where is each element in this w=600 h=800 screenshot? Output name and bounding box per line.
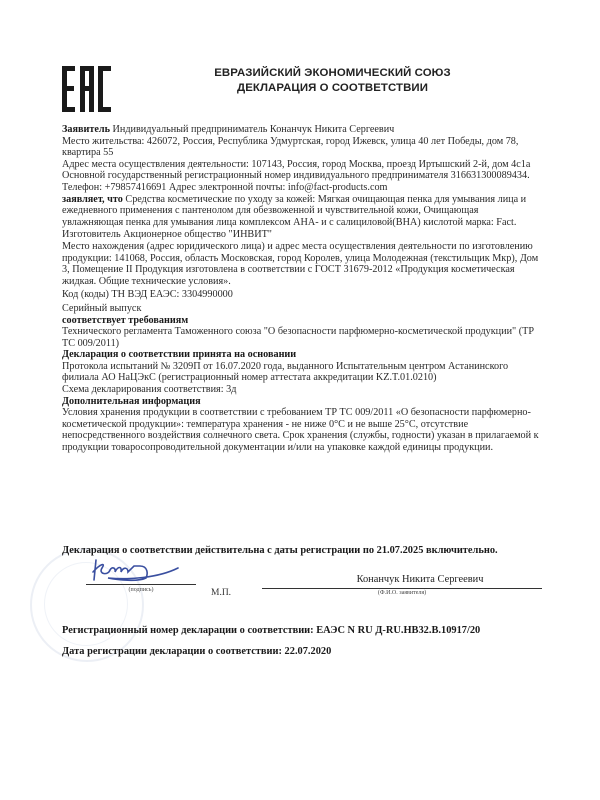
basis-label: Декларация о соответствии принята на осн… <box>62 349 542 361</box>
header-union: ЕВРАЗИЙСКИЙ ЭКОНОМИЧЕСКИЙ СОЮЗ <box>200 66 465 81</box>
eac-logo <box>62 66 112 112</box>
basis: Протокола испытаний № 3209П от 16.07.202… <box>62 361 542 384</box>
name-caption: (Ф.И.О. заявителя) <box>262 590 542 596</box>
applicant-label: Заявитель <box>62 124 110 135</box>
additional-label: Дополнительная информация <box>62 396 542 408</box>
manufacturer: Изготовитель Акционерное общество "ИНВИТ… <box>62 229 542 241</box>
validity-statement: Декларация о соответствии действительна … <box>62 545 542 556</box>
eac-letter-c-icon <box>98 66 112 112</box>
name-line <box>262 588 542 589</box>
signature-line <box>86 584 196 585</box>
signature-caption: (подпись) <box>86 587 196 593</box>
eac-letter-e-icon <box>62 66 76 112</box>
regulation: Технического регламента Таможенного союз… <box>62 326 542 349</box>
applicant-name: Конанчук Никита Сергеевич <box>300 574 540 585</box>
ogrnip: Основной государственный регистрационный… <box>62 170 542 182</box>
registration-number: Регистрационный номер декларации о соотв… <box>62 620 542 641</box>
declares-label: заявляет, что <box>62 194 123 205</box>
stamp-place-label: М.П. <box>211 588 231 598</box>
eac-letter-a-icon <box>80 66 94 112</box>
signature-icon <box>88 556 183 586</box>
declaration-body: Заявитель Индивидуальный предприниматель… <box>62 124 542 454</box>
registration-block: Регистрационный номер декларации о соотв… <box>62 620 542 662</box>
complies-label: соответствует требованиям <box>62 315 542 327</box>
activity-address: Адрес места осуществления деятельности: … <box>62 159 542 171</box>
registration-date: Дата регистрации декларации о соответств… <box>62 641 542 662</box>
declares: заявляет, что Средства косметические по … <box>62 194 542 229</box>
tn-ved-code: Код (коды) ТН ВЭД ЕАЭС: 3304990000 <box>62 289 542 301</box>
residence: Место жительства: 426072, Россия, Респуб… <box>62 136 542 159</box>
serial-release: Серийный выпуск <box>62 303 542 315</box>
declares-value: Средства косметические по уходу за кожей… <box>62 194 526 228</box>
applicant: Заявитель Индивидуальный предприниматель… <box>62 124 542 136</box>
header-title: ДЕКЛАРАЦИЯ О СООТВЕТСТВИИ <box>200 81 465 96</box>
applicant-value: Индивидуальный предприниматель Конанчук … <box>110 124 394 135</box>
manufacturer-address: Место нахождения (адрес юридического лиц… <box>62 241 542 287</box>
contacts: Телефон: +79857416691 Адрес электронной … <box>62 182 542 194</box>
document-header: ЕВРАЗИЙСКИЙ ЭКОНОМИЧЕСКИЙ СОЮЗ ДЕКЛАРАЦИ… <box>200 66 465 96</box>
additional-info: Условия хранения продукции в соответстви… <box>62 407 542 453</box>
scheme: Схема декларирования соответствия: 3д <box>62 384 542 396</box>
